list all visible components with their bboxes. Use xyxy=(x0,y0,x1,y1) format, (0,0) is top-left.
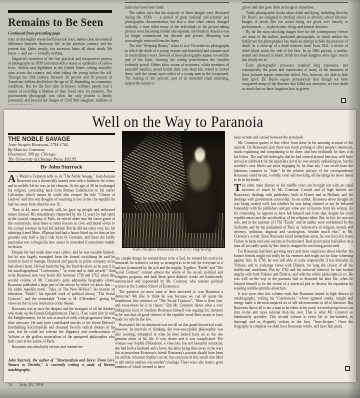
reviewer-bio: John Sturrock, the author of "Structural… xyxy=(8,358,115,376)
continued-note: Continued from preceding page xyxy=(8,31,112,36)
engraving-caption-wrap: Jean-Jacques Rousseau in a 1757 engravin… xyxy=(114,247,230,254)
top-article-column-1: Remains to Be Seen Continued from preced… xyxy=(8,10,112,105)
review-column-3: been written and carried between the pri… xyxy=(234,135,353,377)
top-article-column-3: grieve and also gave them an image to re… xyxy=(242,2,348,105)
top-article-text-col2: traits may have been made.The author say… xyxy=(125,5,229,86)
review-headline: Well on the Way to Paranoia xyxy=(92,114,263,132)
reviewer-bio-text: John Sturrock, the author of "Structural… xyxy=(8,358,115,372)
issue-date: July 28, 1991 xyxy=(20,382,44,387)
page-footer: 12July 28, 1991 xyxy=(8,382,148,390)
top-article-title: Remains to Be Seen xyxy=(8,17,103,29)
rule xyxy=(8,161,115,162)
review-clipping: Well on the Way to Paranoia THE NOBLE SA… xyxy=(4,110,356,382)
rule xyxy=(8,171,115,172)
review-text-col3: been written and carried between the pri… xyxy=(234,135,353,329)
review-column-2: me, simple things: he wanted there to be… xyxy=(115,256,223,378)
column-top-rule xyxy=(125,2,229,3)
review-column-1: As Maurice Cranston tells us in "The Nob… xyxy=(8,174,115,356)
top-article-text-col1: tents of thoroughly researched historica… xyxy=(8,37,112,105)
top-article-text-col3: grieve and also gave them an image to re… xyxy=(242,5,348,91)
engraving-seated-figure xyxy=(176,144,222,234)
column-top-rule xyxy=(242,2,348,3)
scanned-book-review-page: Remains to Be Seen Continued from preced… xyxy=(0,0,360,398)
top-article-column-2: traits may have been made.The author say… xyxy=(125,2,229,109)
page-number: 12 xyxy=(8,382,13,387)
review-text-col1: As Maurice Cranston tells us in "The Nob… xyxy=(8,174,115,349)
article-end-mark xyxy=(341,98,346,103)
engraving-caption: Jean-Jacques Rousseau in a 1757 engravin… xyxy=(114,247,230,252)
engraving-top-shadow xyxy=(123,132,224,155)
review-end-mark xyxy=(345,366,350,371)
rousseau-engraving xyxy=(122,131,225,248)
headline-rule xyxy=(8,10,112,13)
book-info-box: THE NOBLE SAVAGE Jean-Jacques Rousseau, … xyxy=(8,133,115,173)
review-text-col2: me, simple things: he wanted there to be… xyxy=(115,256,223,369)
reviewer-byline: By John Sturrock xyxy=(8,164,115,170)
